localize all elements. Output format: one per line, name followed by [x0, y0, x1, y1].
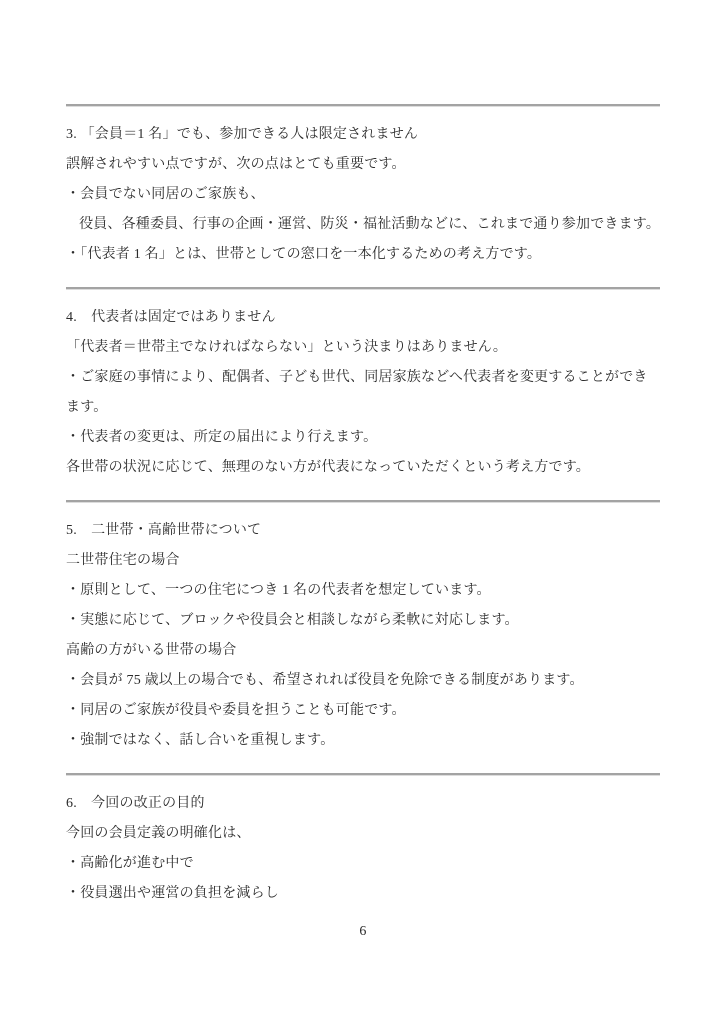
- text-line: 「代表者＝世帯主でなければならない」という決まりはありません。: [66, 333, 660, 363]
- bullet-item: ・「代表者 1 名」とは、世帯としての窓口を一本化するための考え方です。: [66, 240, 660, 270]
- text-line: 今回の会員定義の明確化は、: [66, 819, 660, 849]
- text-line: 役員、各種委員、行事の企画・運営、防災・福祉活動などに、これまで通り参加できます…: [66, 210, 660, 240]
- bullet-item: ・強制ではなく、話し合いを重視します。: [66, 726, 660, 756]
- text-line: 誤解されやすい点ですが、次の点はとても重要です。: [66, 150, 660, 180]
- text-line: 各世帯の状況に応じて、無理のない方が代表になっていただくという考え方です。: [66, 453, 660, 483]
- bullet-item: ・原則として、一つの住宅につき 1 名の代表者を想定しています。: [66, 576, 660, 606]
- sub-heading: 高齢の方がいる世帯の場合: [66, 636, 660, 666]
- bullet-item: ・代表者の変更は、所定の届出により行えます。: [66, 423, 660, 453]
- section-3: 3. 「会員＝1 名」でも、参加できる人は限定されません 誤解されやすい点ですが…: [66, 107, 660, 287]
- bullet-item: ・実態に応じて、ブロックや役員会と相談しながら柔軟に対応します。: [66, 606, 660, 636]
- bullet-item: ・高齢化が進む中で: [66, 849, 660, 879]
- section-heading: 3. 「会員＝1 名」でも、参加できる人は限定されません: [66, 120, 660, 150]
- sub-heading: 二世帯住宅の場合: [66, 546, 660, 576]
- bullet-item: ・会員が 75 歳以上の場合でも、希望されれば役員を免除できる制度があります。: [66, 666, 660, 696]
- text-line: ます。: [66, 393, 660, 423]
- page-number: 6: [66, 917, 660, 947]
- bullet-item: ・同居のご家族が役員や委員を担うことも可能です。: [66, 696, 660, 726]
- document-page: 3. 「会員＝1 名」でも、参加できる人は限定されません 誤解されやすい点ですが…: [0, 0, 724, 1024]
- section-6: 6. 今回の改正の目的 今回の会員定義の明確化は、 ・高齢化が進む中で ・役員選…: [66, 776, 660, 917]
- section-5: 5. 二世帯・高齢世帯について 二世帯住宅の場合 ・原則として、一つの住宅につき…: [66, 503, 660, 773]
- section-heading: 4. 代表者は固定ではありません: [66, 303, 660, 333]
- bullet-item: ・ご家庭の事情により、配偶者、子ども世代、同居家族などへ代表者を変更することがで…: [66, 363, 660, 393]
- section-4: 4. 代表者は固定ではありません 「代表者＝世帯主でなければならない」という決ま…: [66, 290, 660, 500]
- bullet-item: ・役員選出や運営の負担を減らし: [66, 879, 660, 909]
- bullet-item: ・会員でない同居のご家族も、: [66, 180, 660, 210]
- section-heading: 6. 今回の改正の目的: [66, 789, 660, 819]
- section-heading: 5. 二世帯・高齢世帯について: [66, 516, 660, 546]
